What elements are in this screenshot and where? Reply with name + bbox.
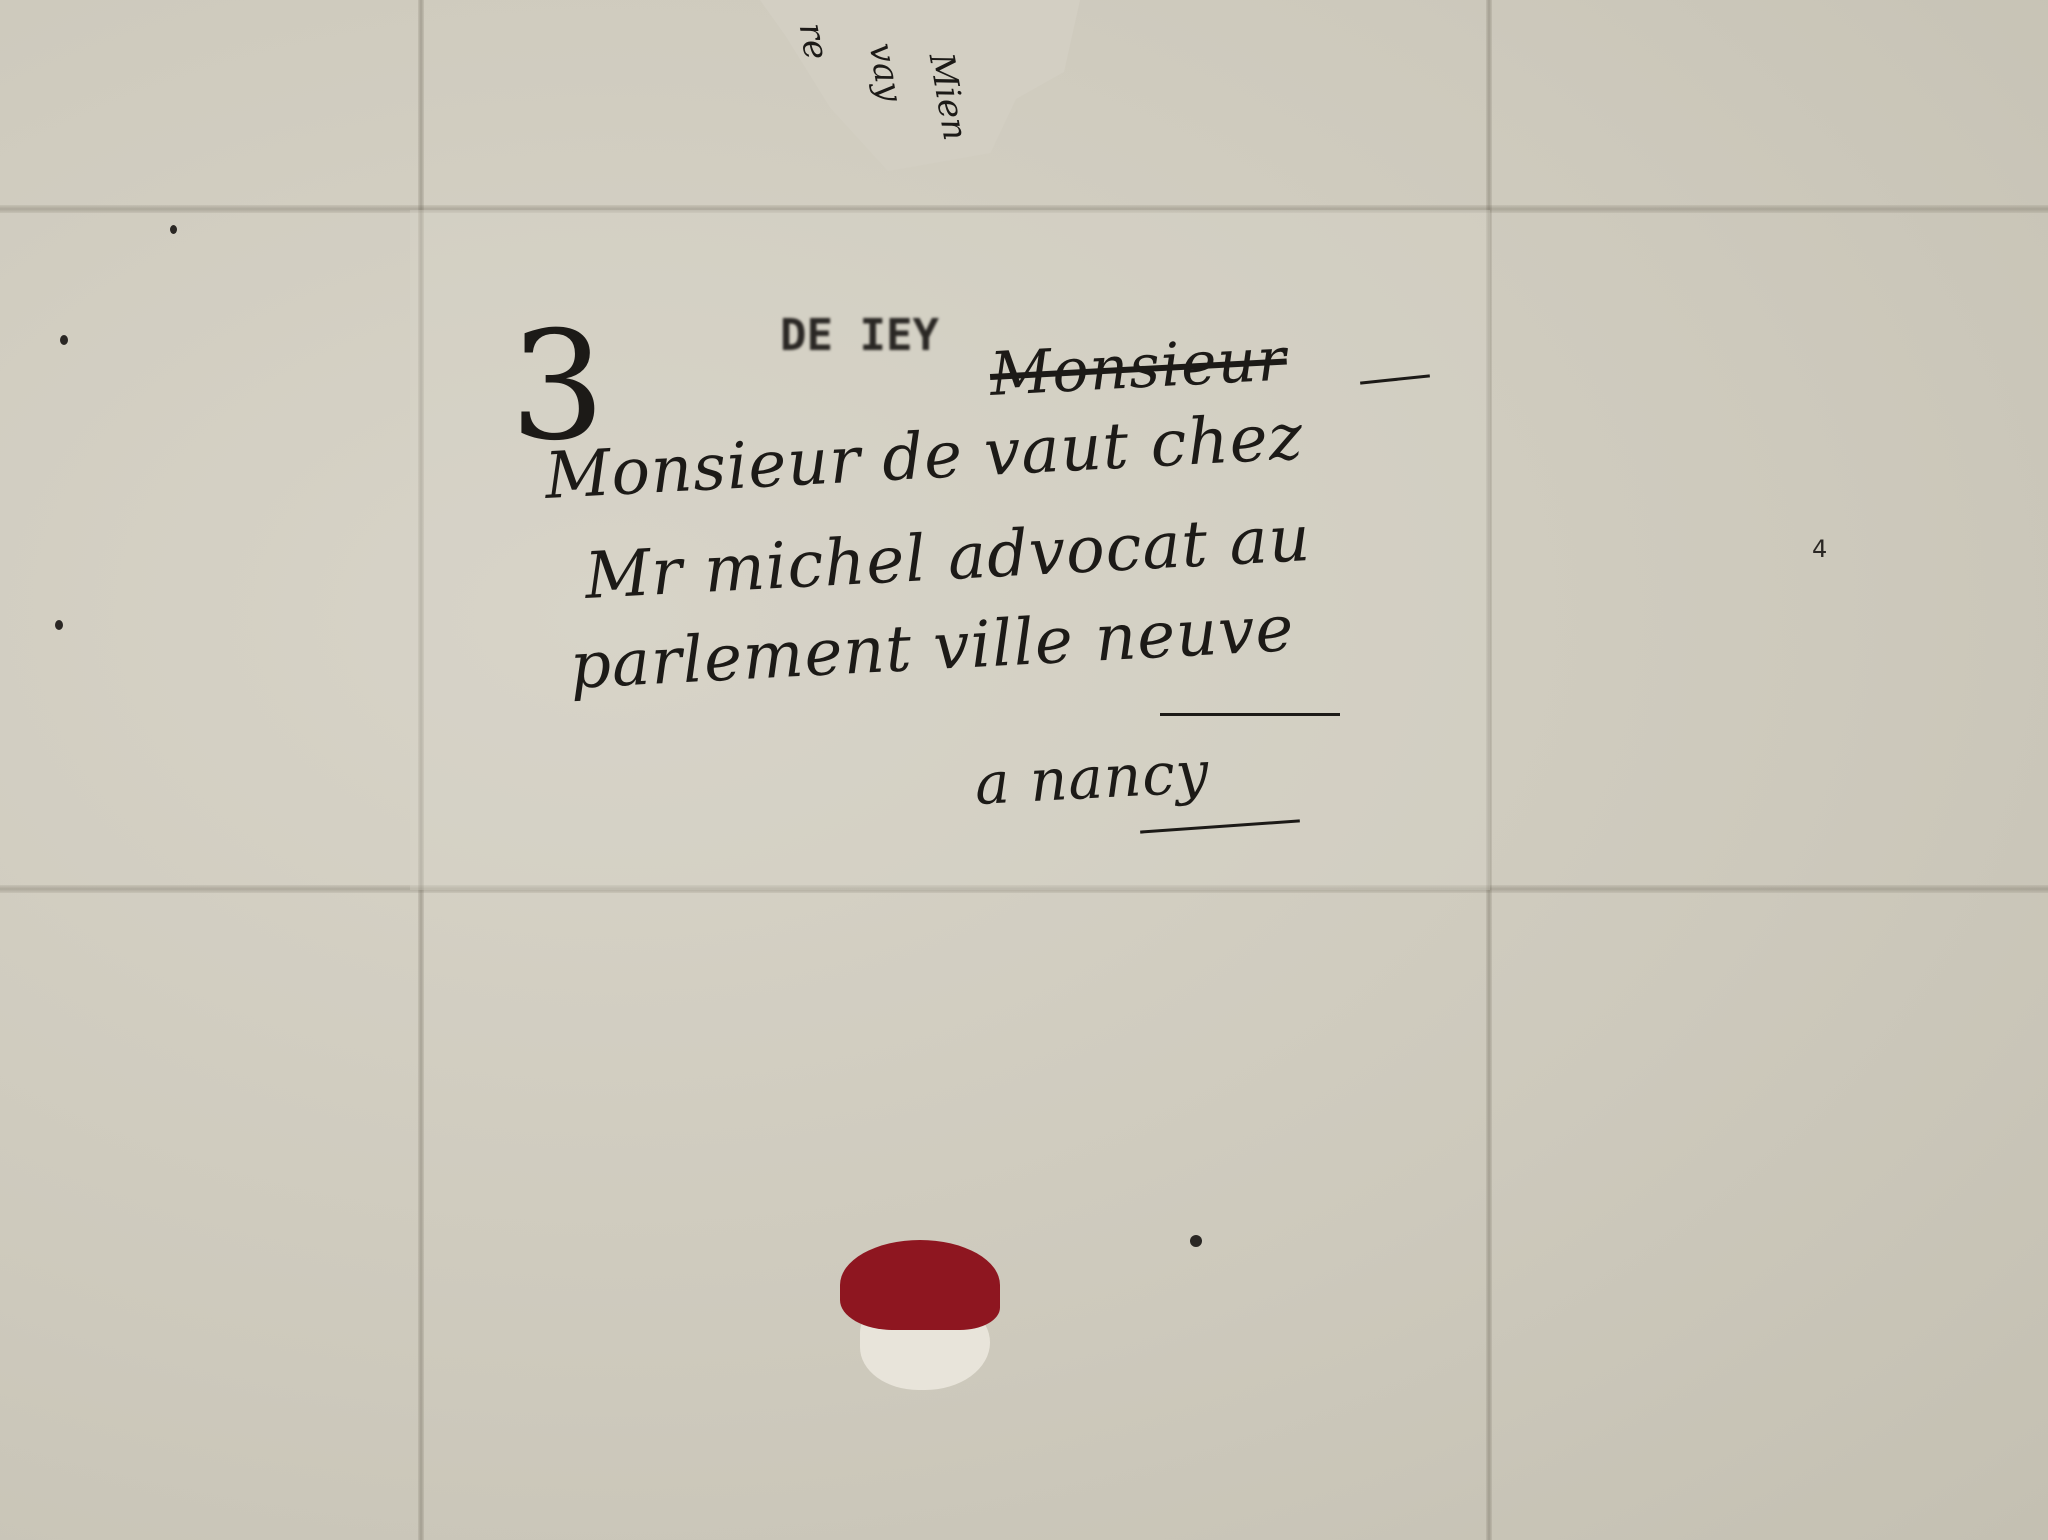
postal-mark: DE IEY (780, 310, 939, 361)
ink-dot (1190, 1235, 1202, 1247)
seal-wax (840, 1240, 1000, 1330)
ink-dot (170, 225, 177, 234)
separator-rule (1160, 713, 1340, 716)
torn-fragment-1: re (791, 20, 837, 63)
margin-mark: 4 (1812, 535, 1827, 563)
address-line-city: a nancy (973, 738, 1211, 818)
ink-dot (55, 620, 63, 630)
ink-dot (60, 335, 68, 345)
wax-seal (840, 1240, 1000, 1390)
